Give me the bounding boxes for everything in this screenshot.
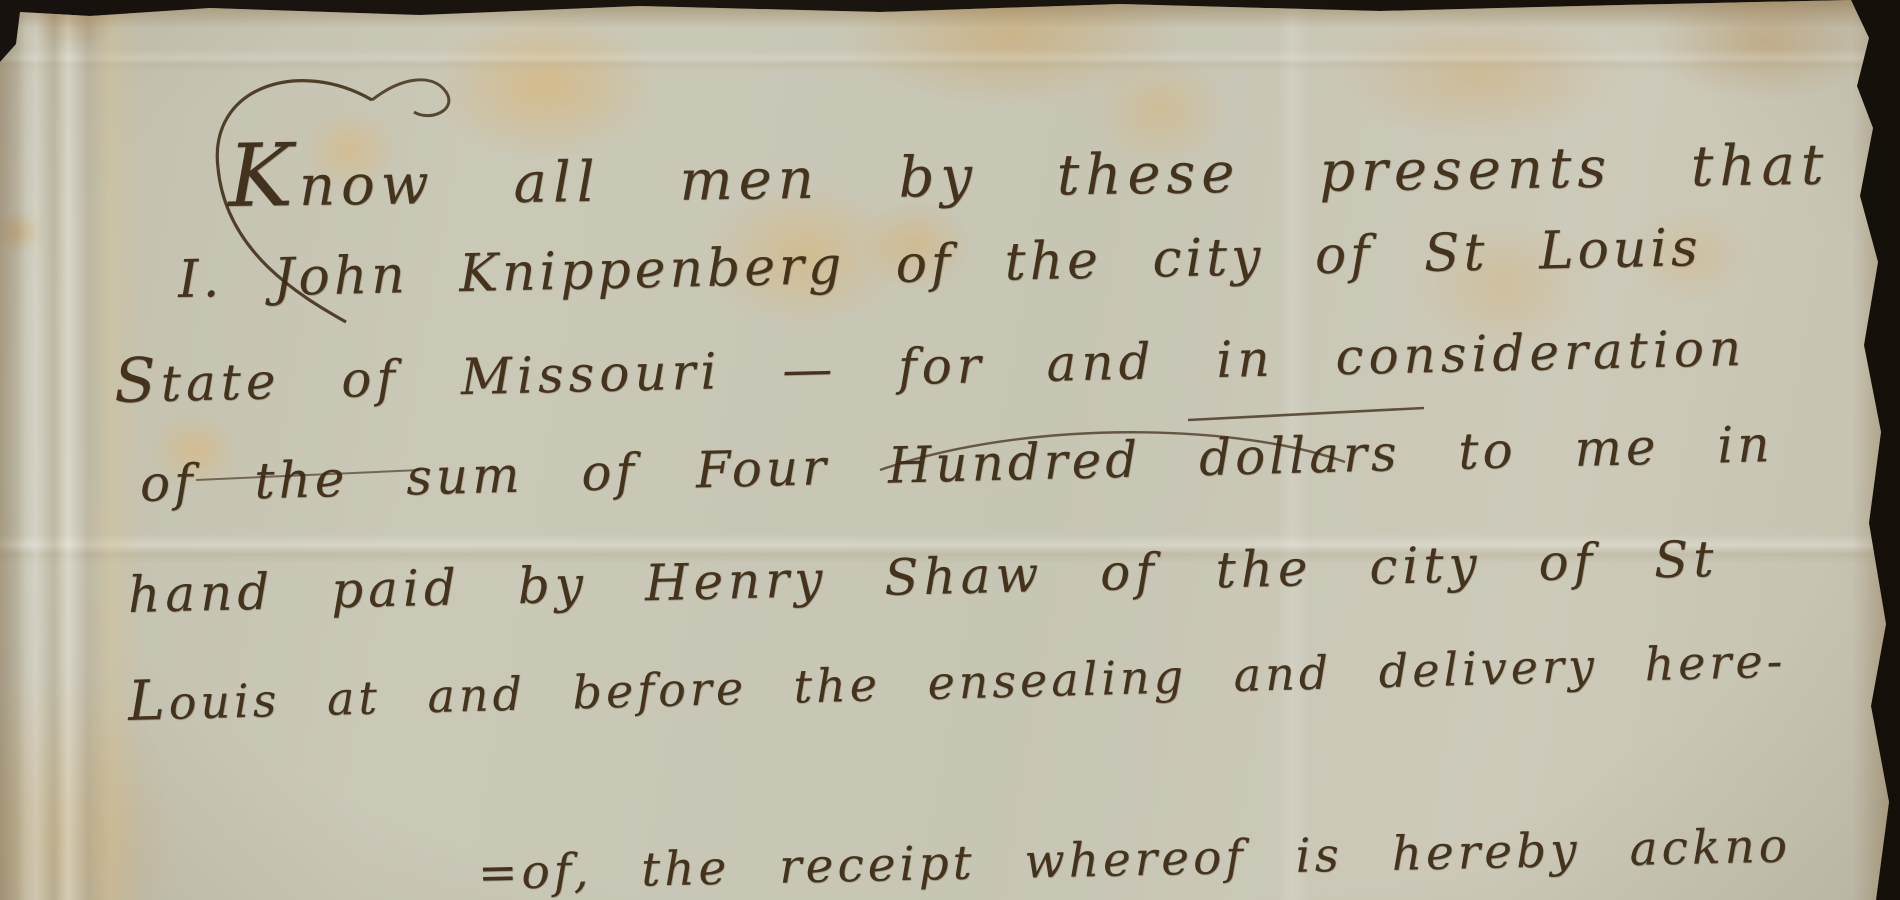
manuscript-paper: Know all men by these presents that I. J… (0, 0, 1900, 900)
manuscript-line: State of Missouri — for and in considera… (113, 309, 1747, 417)
manuscript-line: Know all men by these presents that (227, 104, 1830, 227)
manuscript-line: hand paid by Henry Shaw of the city of S… (127, 530, 1719, 624)
manuscript-line: of the sum of Four Hundred dollars to me… (139, 415, 1774, 513)
manuscript-line: Louis at and before the ensealing and de… (127, 627, 1787, 734)
document-photo: Know all men by these presents that I. J… (0, 0, 1900, 900)
manuscript-line: I. John Knippenberg of the city of St Lo… (177, 218, 1702, 310)
manuscript-line-partial: =of, the receipt whereof is hereby ackno (477, 819, 1791, 900)
